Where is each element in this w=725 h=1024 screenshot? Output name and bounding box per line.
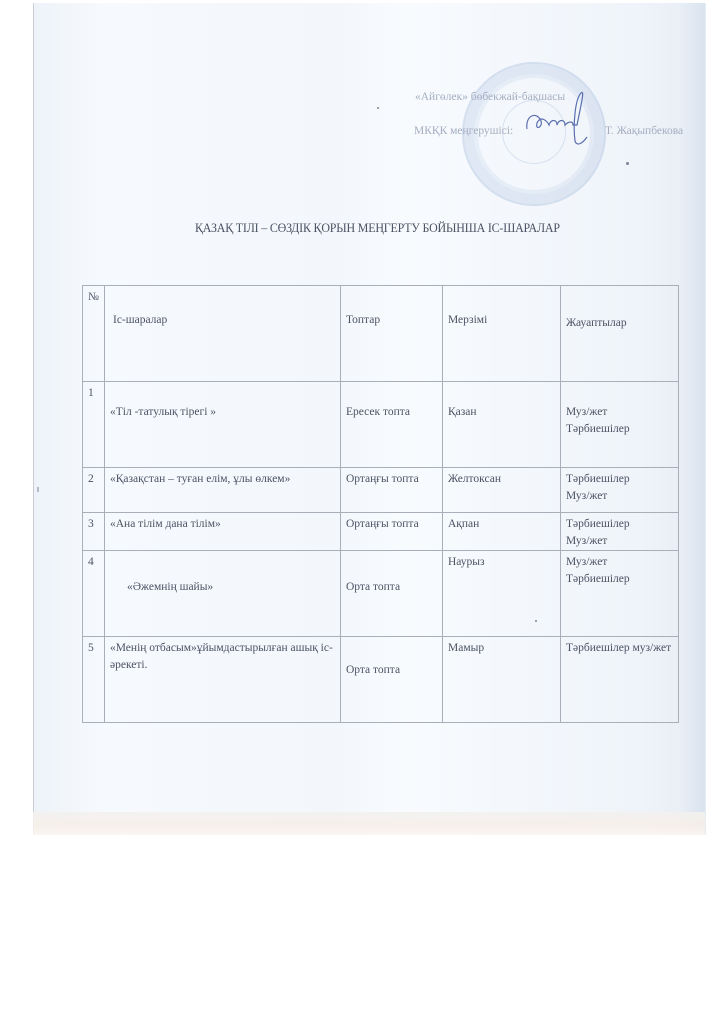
responsible-line: Тәрбиешілер bbox=[566, 571, 673, 588]
row-number: 1 bbox=[83, 382, 105, 468]
responsible-line: Муз/жет bbox=[566, 533, 673, 550]
document-title: ҚАЗАҚ ТІЛІ – СӨЗДІК ҚОРЫН МЕҢГЕРТУ БОЙЫН… bbox=[195, 220, 563, 236]
row-number: 4 bbox=[83, 551, 105, 637]
scan-edge-shadow bbox=[680, 3, 705, 835]
row-event: «Тіл -татулық тірегі » bbox=[104, 382, 340, 468]
speck-mark bbox=[626, 162, 629, 165]
row-group: Ортаңғы топта bbox=[340, 468, 442, 513]
responsible-line: Тәрбиешілер муз/жет bbox=[566, 640, 673, 657]
header-event: Іс-шаралар bbox=[104, 286, 340, 382]
row-term: Желтоксан bbox=[442, 468, 560, 513]
table-row: 4 «Әжемнің шайы» Орта топта Наурыз Муз/ж… bbox=[83, 551, 679, 637]
row-responsible: Муз/жет Тәрбиешілер bbox=[560, 382, 678, 468]
row-responsible: Тәрбиешілер муз/жет bbox=[560, 637, 678, 723]
signer-name: Т. Жақыпбекова bbox=[605, 126, 683, 138]
responsible-line: Муз/жет bbox=[566, 404, 673, 421]
table-row: 5 «Менің отбасым»ұйымдастырылған ашық іс… bbox=[83, 637, 679, 723]
row-term: Наурыз bbox=[442, 551, 560, 637]
row-number: 3 bbox=[83, 513, 105, 551]
table-row: 1 «Тіл -татулық тірегі » Ересек топта Қа… bbox=[83, 382, 679, 468]
row-term: Мамыр bbox=[442, 637, 560, 723]
signature bbox=[523, 85, 593, 150]
row-event: «Менің отбасым»ұйымдастырылған ашық іс-ә… bbox=[104, 637, 340, 723]
position-label: МКҚК меңгерушісі: bbox=[414, 126, 513, 138]
row-event: «Әжемнің шайы» bbox=[104, 551, 340, 637]
responsible-line: Тәрбиешілер bbox=[566, 421, 673, 438]
scan-bottom-edge bbox=[33, 812, 705, 835]
header-event-label: Іс-шаралар bbox=[110, 314, 167, 326]
responsible-line: Тәрбиешілер bbox=[566, 516, 673, 533]
row-group: Ортаңғы топта bbox=[340, 513, 442, 551]
header-responsible: Жауаптылар bbox=[560, 286, 678, 382]
table-header-row: № Іс-шаралар Топтар Мерзімі Жауаптылар bbox=[83, 286, 679, 382]
table-row: 2 «Қазақстан – туған елім, ұлы өлкем» Ор… bbox=[83, 468, 679, 513]
table-row: 3 «Ана тілім дана тілім» Ортаңғы топта А… bbox=[83, 513, 679, 551]
responsible-line: Муз/жет bbox=[566, 554, 673, 571]
header-term: Мерзімі bbox=[442, 286, 560, 382]
row-responsible: Муз/жет Тәрбиешілер bbox=[560, 551, 678, 637]
row-responsible: Тәрбиешілер Муз/жет bbox=[560, 468, 678, 513]
row-event: «Қазақстан – туған елім, ұлы өлкем» bbox=[104, 468, 340, 513]
header-number: № bbox=[83, 286, 105, 382]
row-group: Орта топта bbox=[340, 551, 442, 637]
header-group: Топтар bbox=[340, 286, 442, 382]
row-term: Ақпан bbox=[442, 513, 560, 551]
events-table: № Іс-шаралар Топтар Мерзімі Жауаптылар 1… bbox=[82, 285, 679, 723]
row-group: Ересек топта bbox=[340, 382, 442, 468]
row-term: Қазан bbox=[442, 382, 560, 468]
speck-mark bbox=[377, 107, 379, 109]
punch-mark bbox=[37, 487, 39, 492]
row-responsible: Тәрбиешілер Муз/жет bbox=[560, 513, 678, 551]
responsible-line: Муз/жет bbox=[566, 488, 673, 505]
row-number: 2 bbox=[83, 468, 105, 513]
row-group: Орта топта bbox=[340, 637, 442, 723]
row-event: «Ана тілім дана тілім» bbox=[104, 513, 340, 551]
row-number: 5 bbox=[83, 637, 105, 723]
responsible-line: Тәрбиешілер bbox=[566, 471, 673, 488]
